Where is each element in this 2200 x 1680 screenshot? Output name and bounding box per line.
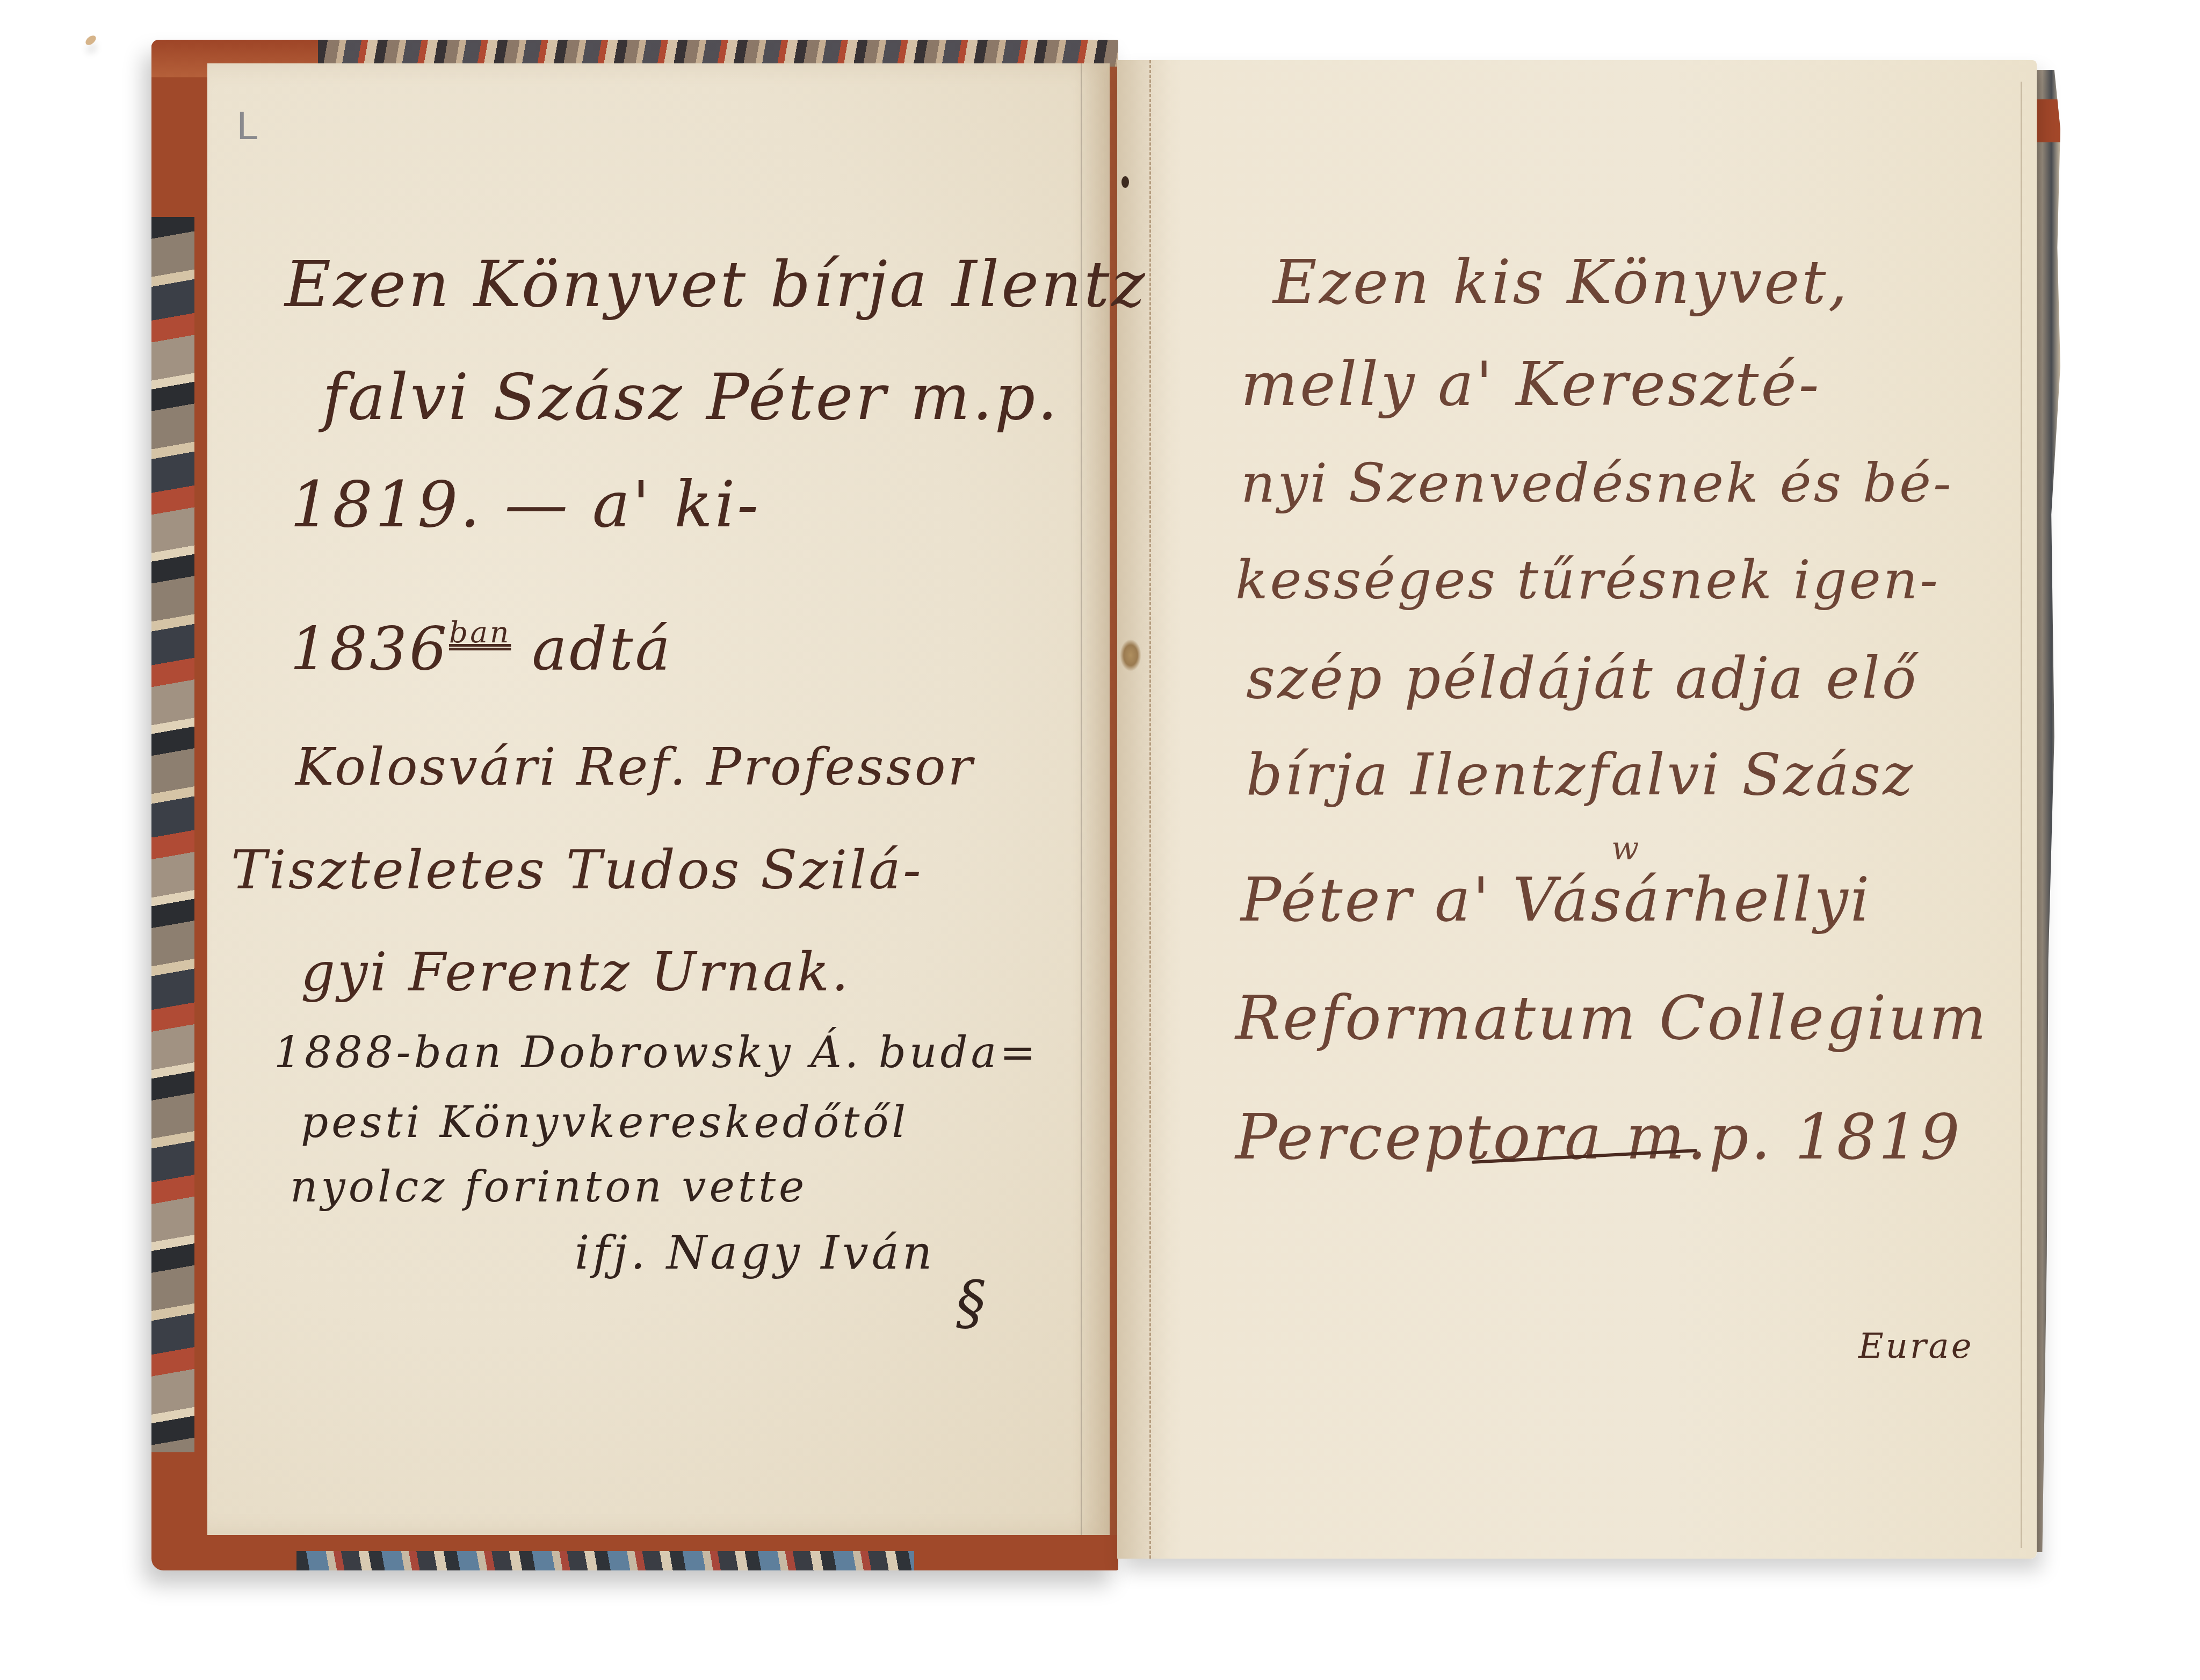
inscription-line: szép példáját adja elő: [1246, 650, 1919, 707]
sewing-fold-line: [1149, 60, 1151, 1559]
marbled-paper-side-edge: [151, 217, 194, 1452]
detached-leather-fragment: [84, 34, 98, 46]
inscription-line: Reformatum Collegium: [1235, 988, 1988, 1048]
corner-mark: Eurae: [1858, 1329, 1974, 1364]
signature: ifj. Nagy Iván: [575, 1230, 935, 1276]
marbled-paper-bottom-edge: [296, 1551, 914, 1570]
photo-stage: L Ezen Könyvet bírja Ilentz falvi Szász …: [0, 0, 2200, 1680]
leaf-edge-line: [2021, 82, 2022, 1548]
pencil-mark: L: [236, 107, 257, 145]
binding-thread-hole: [1121, 176, 1129, 188]
signature-flourish: §: [956, 1273, 989, 1332]
inscription-line: pesti Könyvkereskedőtől: [301, 1101, 909, 1144]
year-suffix: ban: [449, 615, 511, 649]
inscription-line: 1888-ban Dobrowsky Á. buda=: [274, 1031, 1039, 1074]
inscription-line: Kolosvári Ref. Professor: [295, 741, 974, 793]
superscript-mark: w: [1611, 832, 1641, 865]
inscription-line: nyi Szenvedésnek és bé-: [1241, 457, 1953, 510]
inscription-line: gyi Ferentz Urnak.: [301, 945, 851, 999]
verb: adtá: [532, 614, 672, 683]
year-line: 1836ban adtá: [290, 618, 672, 678]
inscription-line: Perceptora m.p. 1819: [1235, 1106, 1962, 1169]
inscription-line: falvi Szász Péter m.p.: [322, 365, 1060, 429]
binding-thread-knot: [1120, 639, 1141, 671]
inscription-line: bírja Ilentzfalvi Szász: [1246, 747, 1915, 803]
inscription-line: Tiszteletes Tudos Szilá-: [231, 843, 923, 897]
inscription-line: melly a' Kereszté-: [1241, 354, 1821, 415]
year: 1836: [290, 614, 449, 683]
inscription-line: Péter a' Vásárhellyi: [1241, 870, 1872, 930]
inscription-line: nyolcz forinton vette: [290, 1165, 807, 1208]
marbled-paper-top-edge: [318, 40, 1118, 67]
inscription-line: 1819. — a' ki-: [290, 473, 761, 536]
inscription-line: Ezen Könyvet bírja Ilentz: [285, 252, 1147, 316]
inscription-line: kességes tűrésnek igen-: [1235, 553, 1940, 607]
inscription-line: Ezen kis Könyvet,: [1273, 252, 1849, 313]
